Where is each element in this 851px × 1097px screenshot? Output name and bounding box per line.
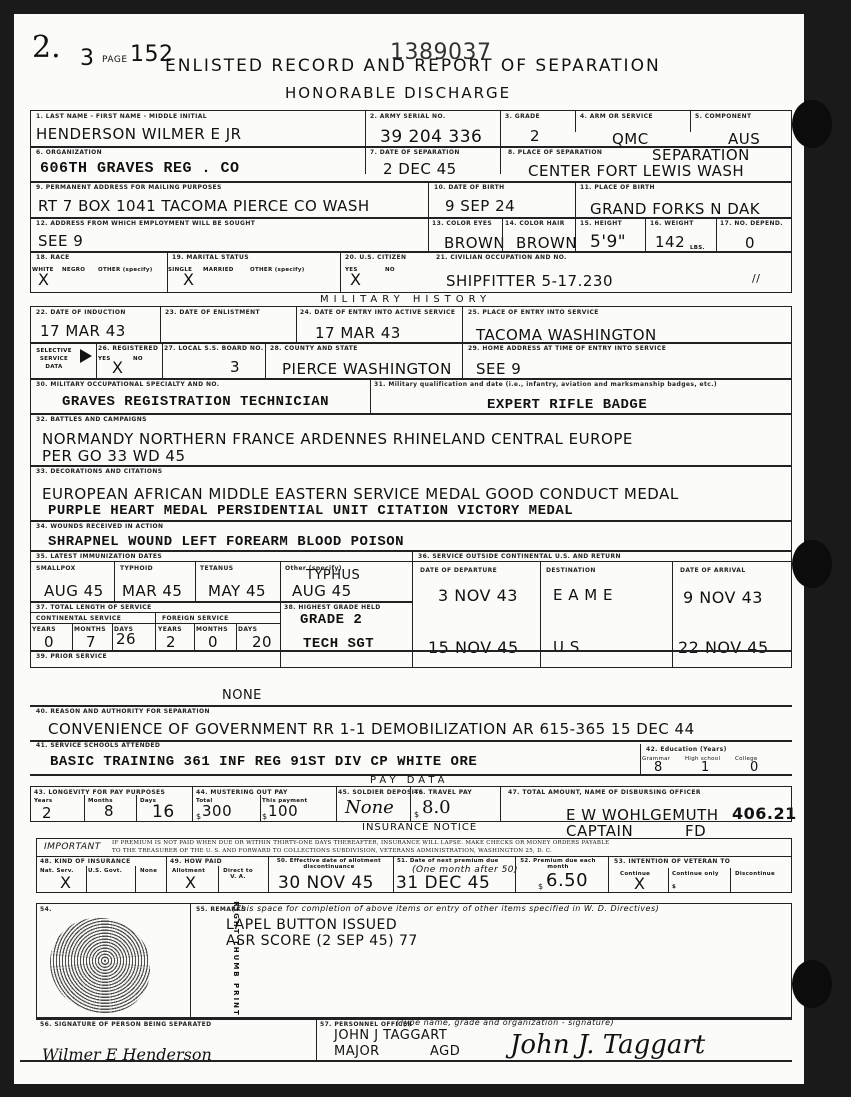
note-personnel-officer: (Type name, grade and organization - sig… (396, 1018, 614, 1027)
label-next-premium: 51. Date of next premium due (397, 858, 499, 864)
value-longevity-days: 16 (152, 802, 175, 822)
page-label: PAGE (102, 55, 128, 65)
value-remarks-1: LAPEL BUTTON ISSUED (226, 917, 397, 933)
label-typhoid: Typhoid (120, 565, 153, 572)
value-dob: 9 SEP 24 (445, 197, 515, 215)
label-employment-address: 12. Address from which employment will b… (36, 220, 255, 227)
how-paid-check-mark: X (185, 873, 196, 892)
label-smallpox: Smallpox (36, 565, 76, 572)
value-arrival-2: 22 NOV 45 (678, 638, 769, 657)
value-hair: BROWN (516, 234, 577, 252)
label-organization: 6. Organization (36, 149, 102, 156)
value-highest-grade-1: GRADE 2 (300, 612, 362, 628)
value-foreign-years: 2 (166, 633, 176, 651)
label-reason-separation: 40. Reason and authority for separation (36, 708, 210, 715)
value-cont-years: 0 (44, 633, 54, 651)
label-allotment-discontinuance: 50. Effective date of allotment disconti… (274, 858, 384, 870)
section-insurance: INSURANCE NOTICE (362, 822, 477, 833)
value-departure-2: 15 NOV 45 (428, 638, 519, 657)
value-next-premium: 31 DEC 45 (396, 873, 490, 893)
label-place-entry: 25. Place of entry into service (468, 309, 599, 316)
label-destination: Destination (546, 567, 596, 574)
currency-premium: $ (538, 882, 544, 891)
value-decorations-1: EUROPEAN AFRICAN MIDDLE EASTERN SERVICE … (42, 485, 679, 503)
value-this-payment: 100 (268, 802, 298, 820)
label-permanent-address: 9. Permanent address for mailing purpose… (36, 184, 222, 191)
value-college: 0 (750, 760, 759, 775)
value-total-amount: 406.21 (732, 804, 797, 823)
label-arrival: Date of arrival (680, 567, 746, 574)
punch-hole (792, 100, 832, 148)
registered-check-mark: X (112, 358, 123, 377)
hdr-foreign-months: Months (196, 626, 228, 633)
punch-hole (792, 540, 832, 588)
registered-yes[interactable]: YES (98, 356, 111, 362)
label-hair: 14. Color hair (505, 220, 565, 227)
paid-direct[interactable]: Direct to V. A. (222, 868, 254, 880)
form-subtitle: HONORABLE DISCHARGE (285, 84, 511, 102)
label-active-service: 24. Date of entry into active service (300, 309, 455, 316)
hdr-foreign-years: Years (158, 626, 182, 633)
hdr-foreign-days: Days (238, 626, 257, 633)
intention-check-mark: X (634, 874, 645, 893)
insurance-check-mark: X (60, 873, 71, 892)
important-label: IMPORTANT (44, 842, 101, 852)
label-enlistment: 23. Date of enlistment (165, 309, 260, 316)
label-dob: 10. Date of birth (434, 184, 505, 191)
value-height: 5'9" (590, 232, 626, 252)
value-destination-2: U S (553, 638, 580, 656)
race-negro[interactable]: NEGRO (62, 267, 85, 273)
value-pob: GRAND FORKS N DAK (590, 200, 760, 218)
value-allotment-discontinuance: 30 NOV 45 (278, 873, 374, 893)
value-other-immunization-2: AUG 45 (292, 582, 352, 600)
label-prior-service: 39. Prior service (36, 653, 107, 660)
label-highest-grade: 38. Highest grade held (284, 604, 381, 611)
value-home-address: SEE 9 (476, 360, 521, 378)
value-active-service: 17 MAR 43 (315, 324, 401, 342)
value-name: HENDERSON WILMER E JR (36, 125, 242, 143)
value-civilian-occupation: SHIPFITTER 5-17.230 (446, 272, 613, 290)
label-induction: 22. Date of induction (36, 309, 126, 316)
label-decorations: 33. Decorations and citations (36, 468, 163, 475)
label-how-paid: 49. How paid (170, 858, 222, 865)
label-serial: 2. Army serial no. (370, 113, 446, 120)
label-battles: 32. Battles and campaigns (36, 416, 147, 423)
value-typhoid: MAR 45 (122, 582, 182, 600)
marital-married[interactable]: MARRIED (203, 267, 234, 273)
label-kind-insurance: 48. Kind of insurance (40, 858, 131, 865)
label-civilian-occupation: 21. Civilian occupation and no. (436, 254, 567, 261)
label-registered: 26. Registered (98, 345, 158, 352)
label-intention: 53. Intention of veteran to (614, 858, 730, 865)
label-qualification: 31. Military qualification and date (i.e… (374, 381, 717, 388)
value-remarks-2: ASR SCORE (2 SEP 45) 77 (226, 933, 418, 949)
label-home-address: 29. Home address at time of entry into s… (468, 345, 666, 352)
value-premium-due: 6.50 (546, 870, 588, 891)
form-title: ENLISTED RECORD AND REPORT OF SEPARATION (165, 56, 661, 76)
signature-officer: John J. Taggart (510, 1030, 705, 1060)
citizen-check-mark: X (350, 270, 361, 289)
label-component: 5. Component (695, 113, 752, 120)
registered-no[interactable]: NO (133, 356, 143, 362)
label-mos: 30. Military occupational specialty and … (36, 381, 219, 388)
hdr-cont-years: Years (32, 626, 56, 633)
label-length-service: 37. Total length of service (36, 604, 152, 611)
label-longevity: 43. Longevity for pay purposes (34, 789, 165, 796)
label-name: 1. Last name - first name - middle initi… (36, 113, 207, 120)
value-longevity-years: 2 (42, 804, 52, 822)
value-foreign-days: 20 (252, 633, 272, 651)
value-soldier-deposits: None (345, 797, 394, 818)
marital-check-mark: X (183, 270, 194, 289)
value-reason-separation: CONVENIENCE OF GOVERNMENT RR 1-1 DEMOBIL… (48, 720, 695, 738)
intention-discontinue[interactable]: Discontinue (735, 871, 775, 877)
punch-hole (792, 960, 832, 1008)
label-mustering-out: 44. Mustering out pay (196, 789, 288, 796)
value-tetanus: MAY 45 (208, 582, 266, 600)
label-grade: 3. Grade (505, 113, 540, 120)
selective-service-label: SELECTIVE SERVICE DATA (34, 347, 74, 371)
label-wounds: 34. Wounds received in action (36, 523, 163, 530)
arrow-icon (80, 349, 92, 363)
label-arm-service: 4. Arm or service (580, 113, 653, 120)
value-mos: GRAVES REGISTRATION TECHNICIAN (62, 394, 329, 410)
value-prior-service: NONE (222, 688, 262, 703)
label-race: 18. Race (36, 254, 70, 261)
value-organization: 606TH GRAVES REG . CO (40, 160, 240, 177)
value-eyes: BROWN (444, 234, 505, 252)
label-date-separation: 7. Date of separation (370, 149, 460, 156)
important-text-2: TO THE TREASURER OF THE U. S. AND FORWAR… (112, 848, 552, 854)
label-dependents: 17. No. depend. (720, 220, 783, 227)
value-battles-1: NORMANDY NORTHERN FRANCE ARDENNES RHINEL… (42, 430, 633, 448)
label-eyes: 13. Color eyes (432, 220, 492, 227)
race-check-mark: X (38, 270, 49, 289)
label-foreign: Foreign service (162, 615, 229, 622)
label-premium-due: 52. Premium due each month (518, 858, 598, 870)
value-travel-pay: 8.0 (422, 797, 451, 818)
label-board-no: 27. Local S.S. board no. (164, 345, 263, 352)
section-pay-data: PAY DATA (370, 775, 449, 786)
note-remarks: (This space for completion of above item… (232, 904, 659, 913)
intention-continue-only[interactable]: Continue only (672, 871, 719, 877)
value-smallpox: AUG 45 (44, 582, 104, 600)
value-weight: 142 (655, 233, 685, 251)
value-cont-days: 26 (116, 630, 136, 648)
value-officer-name: JOHN J TAGGART (334, 1028, 447, 1043)
currency-travel: $ (414, 810, 420, 819)
citizen-no[interactable]: NO (385, 267, 395, 273)
value-grammar: 8 (654, 760, 663, 775)
currency-this-payment: $ (262, 812, 268, 821)
insurance-us-govt[interactable]: U.S. Govt. (88, 868, 122, 874)
label-citizen: 20. U.S. citizen (345, 254, 406, 261)
value-officer-rank: MAJOR (334, 1044, 380, 1059)
value-permanent-address: RT 7 BOX 1041 TACOMA PIERCE CO WASH (38, 197, 370, 215)
value-board-no: 3 (230, 358, 240, 376)
label-weight: 16. Weight (650, 220, 694, 227)
value-destination-1: E A M E (553, 586, 613, 604)
label-tetanus: Tetanus (200, 565, 233, 572)
label-service-schools: 41. Service schools attended (36, 742, 160, 749)
label-marital: 19. Marital status (172, 254, 249, 261)
value-serial: 39 204 336 (380, 127, 482, 147)
value-longevity-months: 8 (104, 802, 114, 820)
race-other[interactable]: OTHER (specify) (98, 267, 153, 273)
value-foreign-months: 0 (208, 633, 218, 651)
value-arrival-1: 9 NOV 43 (683, 588, 763, 607)
label-service-outside: 36. Service outside continental U.S. and… (418, 553, 621, 560)
margin-mark: // (752, 272, 760, 285)
value-cont-months: 7 (86, 633, 96, 651)
label-pob: 11. Place of birth (580, 184, 655, 191)
value-total: 300 (202, 802, 232, 820)
marital-other[interactable]: OTHER (specify) (250, 267, 305, 273)
label-height: 15. Height (580, 220, 622, 227)
value-dependents: 0 (745, 234, 755, 252)
value-battles-2: PER GO 33 WD 45 (42, 447, 186, 465)
handwritten-number: 2. (32, 30, 61, 65)
currency-total: $ (196, 812, 202, 821)
value-grade: 2 (530, 127, 540, 145)
hdr-cont-months: Months (74, 626, 106, 633)
value-place-separation-2: CENTER FORT LEWIS WASH (528, 162, 744, 180)
value-induction: 17 MAR 43 (40, 322, 126, 340)
value-wounds: SHRAPNEL WOUND LEFT FOREARM BLOOD POISON (48, 534, 404, 550)
label-total-amount: 47. Total amount, name of disbursing off… (508, 789, 701, 796)
section-military-history: MILITARY HISTORY (320, 294, 491, 305)
label-place-separation: 8. Place of separation (508, 149, 602, 156)
label-signature-separated: 56. Signature of person being separated (40, 1021, 212, 1028)
label-travel-pay: 46. Travel pay (414, 789, 472, 796)
value-high-school: 1 (701, 760, 710, 775)
label-thumbprint: 54. (40, 906, 52, 913)
important-text-1: IF PREMIUM IS NOT PAID WHEN DUE OR WITHI… (112, 840, 609, 846)
value-other-immunization-1: TYPHUS (306, 568, 360, 583)
value-decorations-2: PURPLE HEART MEDAL PERSIDENTIAL UNIT CIT… (48, 503, 573, 519)
handwritten-three: 3 (80, 46, 95, 71)
value-departure-1: 3 NOV 43 (438, 586, 518, 605)
label-education: 42. Education (Years) (646, 746, 727, 753)
label-county-state: 28. County and state (270, 345, 358, 352)
value-qualification: EXPERT RIFLE BADGE (487, 397, 647, 413)
label-immunization: 35. Latest immunization dates (36, 553, 162, 560)
insurance-none[interactable]: None (140, 868, 157, 874)
value-service-schools: BASIC TRAINING 361 INF REG 91ST DIV CP W… (50, 754, 477, 770)
value-date-separation: 2 DEC 45 (383, 160, 457, 178)
value-employment-address: SEE 9 (38, 232, 83, 250)
label-continental: Continental service (36, 615, 121, 622)
currency-continue-only: $ (672, 884, 676, 890)
value-county-state: PIERCE WASHINGTON (282, 360, 452, 378)
value-officer-branch: AGD (430, 1044, 460, 1059)
label-departure: Date of departure (420, 567, 497, 574)
